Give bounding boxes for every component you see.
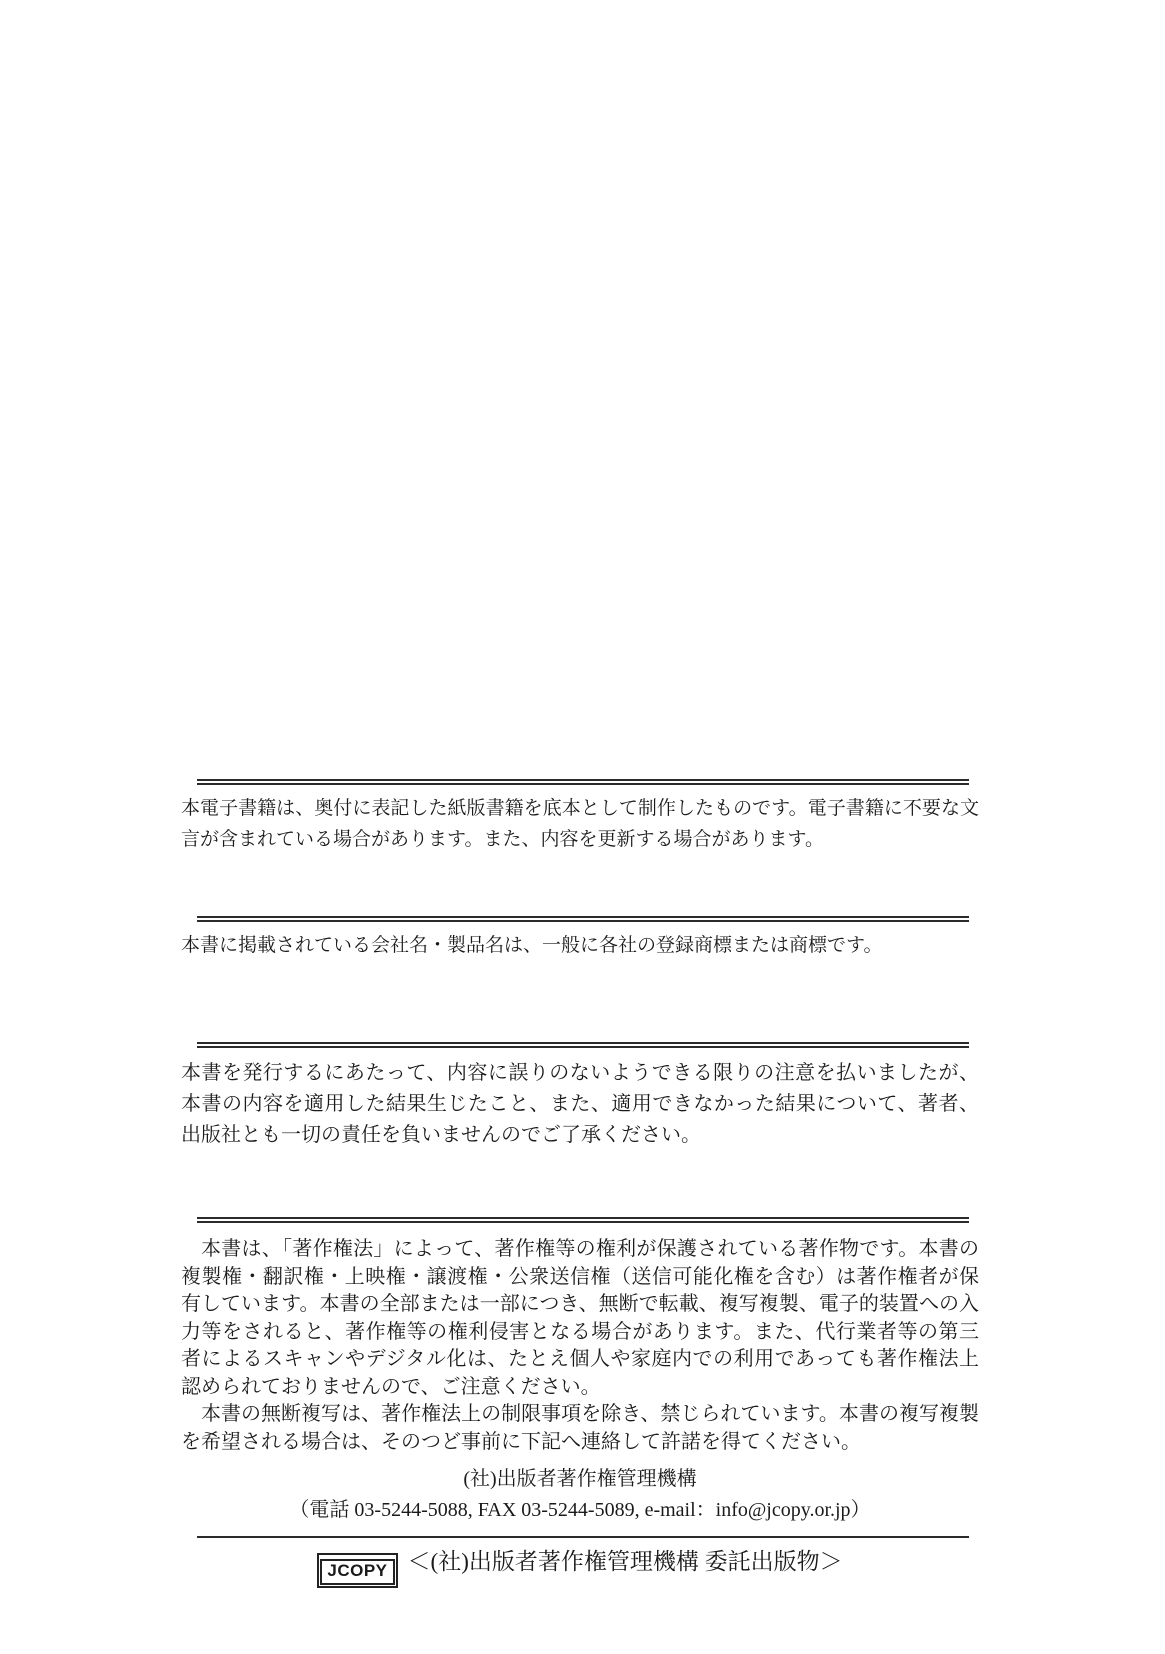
section-divider-2 bbox=[197, 916, 969, 922]
section-divider-4 bbox=[197, 1217, 969, 1223]
section-divider-1 bbox=[197, 779, 969, 785]
jcopy-entrust-line: JCOPY＜(社)出版者著作権管理機構 委託出版物＞ bbox=[181, 1544, 979, 1588]
jcopy-logo: JCOPY bbox=[317, 1553, 397, 1588]
trademark-notice: 本書に掲載されている会社名・製品名は、一般に各社の登録商標または商標です。 bbox=[181, 930, 979, 961]
jcopy-logo-text: JCOPY bbox=[320, 1559, 394, 1585]
ebook-notice: 本電子書籍は、奥付に表記した紙版書籍を底本として制作したものです。電子書籍に不要… bbox=[181, 793, 979, 855]
copyright-org-name: (社)出版者著作権管理機構 bbox=[181, 1464, 979, 1495]
colophon-page: 本電子書籍は、奥付に表記した紙版書籍を底本として制作したものです。電子書籍に不要… bbox=[0, 0, 1165, 1654]
copyright-para-1: 本書は、「著作権法」によって、著作権等の権利が保護されている著作物です。本書の複… bbox=[181, 1236, 979, 1401]
footer-divider bbox=[197, 1536, 969, 1538]
disclaimer-notice: 本書を発行するにあたって、内容に誤りのないようできる限りの注意を払いましたが、本… bbox=[181, 1058, 979, 1151]
copyright-section: 本書は、「著作権法」によって、著作権等の権利が保護されている著作物です。本書の複… bbox=[181, 1236, 979, 1526]
copyright-org-contact: （電話 03-5244-5088, FAX 03-5244-5089, e-ma… bbox=[181, 1495, 979, 1526]
section-divider-3 bbox=[197, 1042, 969, 1048]
copyright-para-2: 本書の無断複写は、著作権法上の制限事項を除き、禁じられています。本書の複写複製を… bbox=[181, 1401, 979, 1456]
entrust-publication-text: ＜(社)出版者著作権管理機構 委託出版物＞ bbox=[408, 1544, 843, 1580]
